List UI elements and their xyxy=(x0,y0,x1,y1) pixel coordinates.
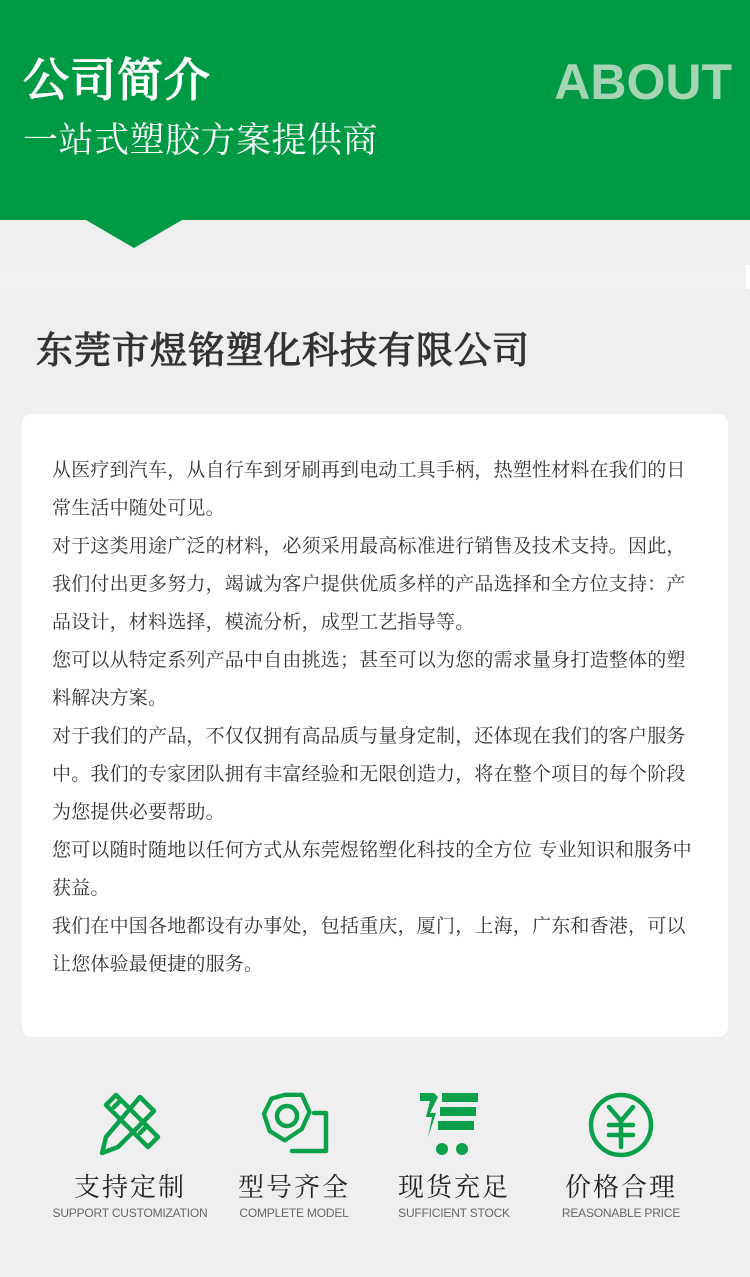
banner-pointer-triangle xyxy=(86,220,182,248)
hex-nut-icon xyxy=(258,1089,330,1161)
feature-list: 支持定制 SUPPORT CUSTOMIZATION 型号齐全 COMPLETE… xyxy=(0,1085,750,1225)
feature-title: 型号齐全 xyxy=(209,1171,379,1205)
feature-title: 现货充足 xyxy=(369,1171,539,1205)
yen-coin-icon xyxy=(585,1089,657,1161)
divider-strip xyxy=(0,265,750,289)
feature-subtitle: SUFFICIENT STOCK xyxy=(359,1205,549,1221)
intro-paragraph: 您可以从特定系列产品中自由挑选；甚至可以为您的需求量身打造整体的塑料解决方案。 xyxy=(52,641,702,717)
pencil-ruler-icon xyxy=(94,1089,166,1161)
about-watermark: ABOUT xyxy=(554,52,732,112)
intro-paragraph: 我们在中国各地都设有办事处，包括重庆，厦门，上海，广东和香港，可以让您体验最便捷… xyxy=(52,907,702,983)
page-title: 公司简介 xyxy=(23,50,211,110)
feature-subtitle: SUPPORT CUSTOMIZATION xyxy=(35,1205,225,1221)
company-name: 东莞市煜铭塑化科技有限公司 xyxy=(36,326,530,376)
feature-title: 价格合理 xyxy=(536,1171,706,1205)
intro-text: 从医疗到汽车，从自行车到牙刷再到电动工具手柄，热塑性材料在我们的日常生活中随处可… xyxy=(52,451,702,983)
intro-paragraph: 对于我们的产品，不仅仅拥有高品质与量身定制，还体现在我们的客户服务中。我们的专家… xyxy=(52,717,702,831)
intro-paragraph: 对于这类用途广泛的材料，必须采用最高标准进行销售及技术支持。因此，我们付出更多努… xyxy=(52,527,702,641)
page-subtitle: 一站式塑胶方案提供商 xyxy=(23,117,378,165)
intro-paragraph: 从医疗到汽车，从自行车到牙刷再到电动工具手柄，热塑性材料在我们的日常生活中随处可… xyxy=(52,451,702,527)
header-banner: 公司简介 一站式塑胶方案提供商 ABOUT xyxy=(0,0,750,220)
cart-icon xyxy=(418,1089,490,1161)
divider-strip-edge xyxy=(746,265,750,289)
intro-paragraph: 您可以随时随地以任何方式从东莞煜铭塑化科技的全方位 专业知识和服务中获益。 xyxy=(52,831,702,907)
intro-card: 从医疗到汽车，从自行车到牙刷再到电动工具手柄，热塑性材料在我们的日常生活中随处可… xyxy=(22,414,728,1037)
feature-subtitle: REASONABLE PRICE xyxy=(526,1205,716,1221)
feature-title: 支持定制 xyxy=(45,1171,215,1205)
